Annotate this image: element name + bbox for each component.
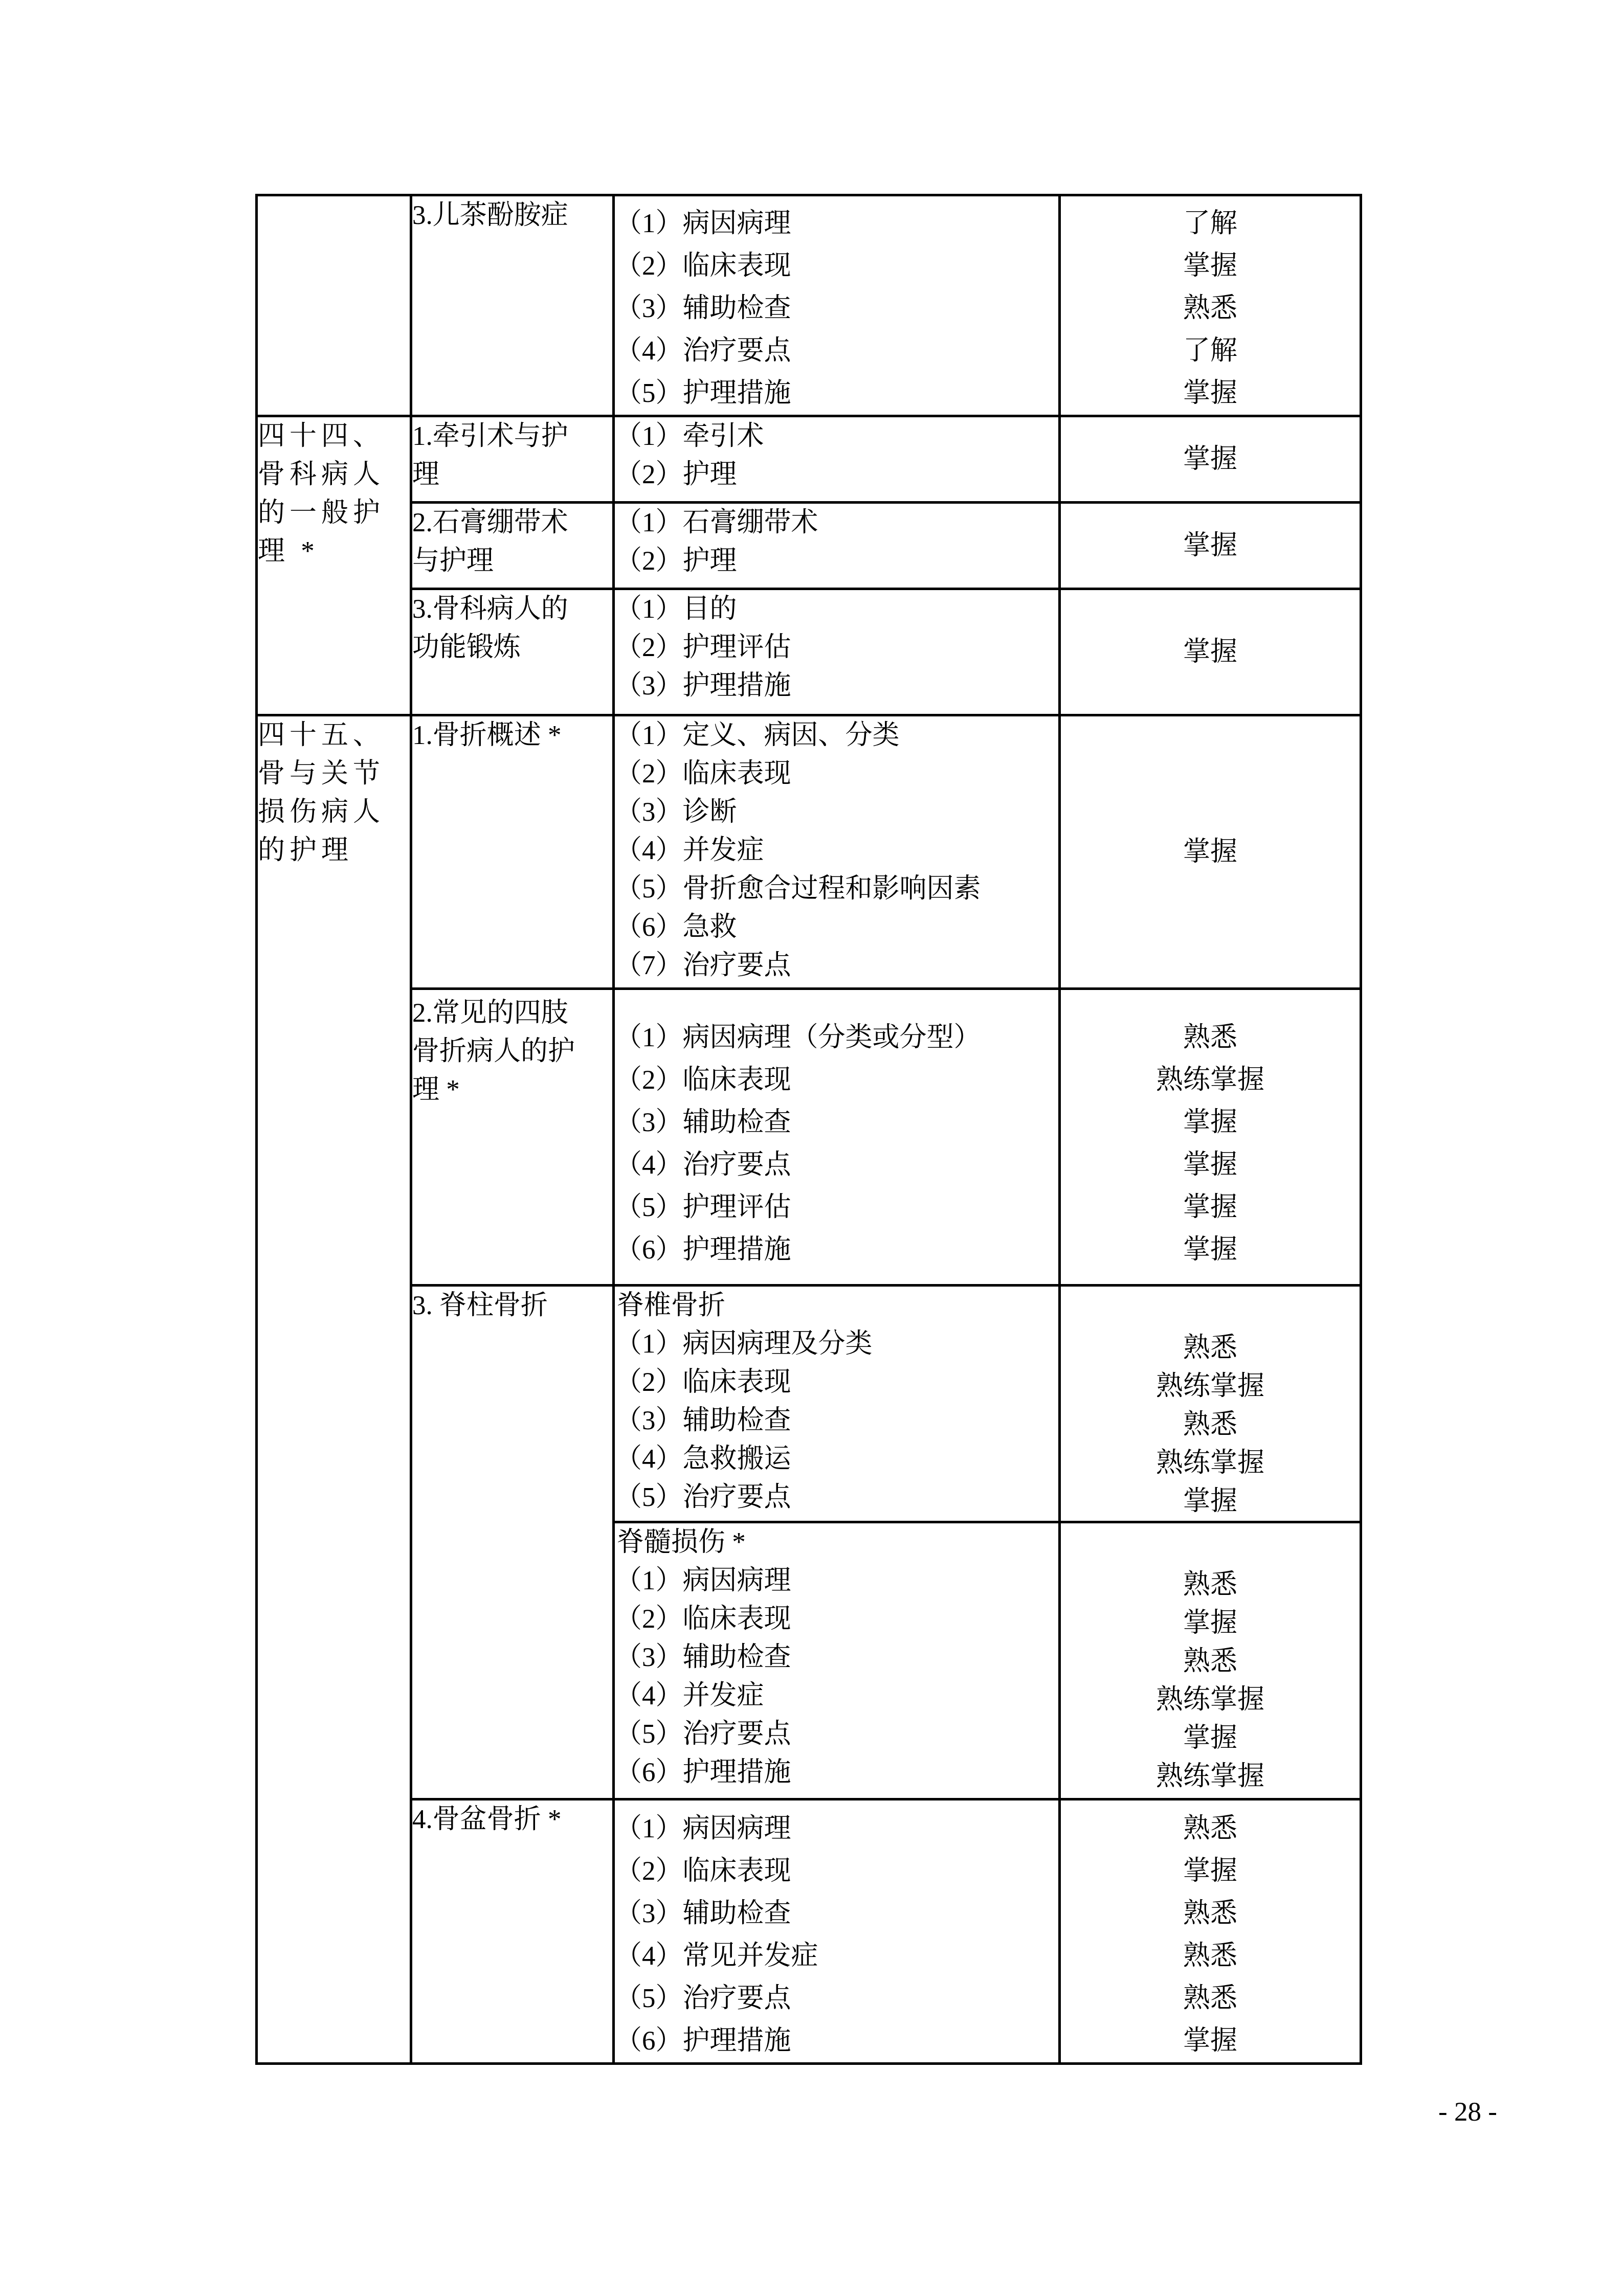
requirement-cell: 了解 掌握 熟悉 了解 掌握 [1060, 195, 1361, 416]
content-item: （6）护理措施 [615, 2020, 1058, 2062]
content-cell: （1）石膏绷带术 （2）护理 [614, 503, 1060, 589]
topic-cell: 3. 脊柱骨折 [411, 1286, 614, 1799]
table-row: 4.骨盆骨折 * （1）病因病理 （2）临床表现 （3）辅助检查 （4）常见并发… [257, 1799, 1361, 2064]
requirement-level: 熟练掌握 [1061, 1367, 1360, 1406]
requirement-level: 掌握 [1061, 1144, 1360, 1186]
topic-text: 3.骨科病人的 [412, 590, 612, 628]
requirement-level: 熟练掌握 [1061, 1059, 1360, 1101]
requirement-level: 掌握 [1061, 1186, 1360, 1229]
content-item: （3）护理措施 [615, 667, 1058, 705]
table-row: 2.常见的四肢 骨折病人的护 理 * （1）病因病理（分类或分型） （2）临床表… [257, 989, 1361, 1286]
content-item: （1）病因病理（分类或分型） [615, 1017, 1058, 1059]
content-item: （3）诊断 [615, 793, 1058, 831]
table-row: 3.骨科病人的 功能锻炼 （1）目的 （2）护理评估 （3）护理措施 掌握 [257, 589, 1361, 715]
requirement-level: 掌握 [1061, 527, 1360, 565]
topic-cell: 3.儿茶酚胺症 [411, 195, 614, 416]
requirement-level: 熟悉 [1061, 287, 1360, 330]
content-item: （5）护理措施 [615, 372, 1058, 415]
content-item: （1）定义、病因、分类 [615, 716, 1058, 755]
requirement-level: 掌握 [1061, 833, 1360, 871]
topic-cell: 1.牵引术与护 理 [411, 416, 614, 503]
requirement-cell: 熟悉 熟练掌握 掌握 掌握 掌握 掌握 [1060, 989, 1361, 1286]
requirement-level: 掌握 [1061, 1101, 1360, 1144]
table-row: 3.儿茶酚胺症 （1）病因病理 （2）临床表现 （3）辅助检查 （4）治疗要点 … [257, 195, 1361, 416]
content-item: （1）牵引术 [615, 417, 1058, 456]
content-item: （6）急救 [615, 908, 1058, 947]
content-item: （2）临床表现 [615, 1600, 1058, 1638]
content-item: （2）护理 [615, 456, 1058, 494]
content-item: （2）临床表现 [615, 1059, 1058, 1101]
requirement-level: 熟悉 [1061, 1017, 1360, 1059]
topic-text: 骨折病人的护 [412, 1032, 612, 1071]
topic-text: 2.常见的四肢 [412, 994, 612, 1032]
content-item: （4）治疗要点 [615, 1144, 1058, 1186]
content-item: （4）常见并发症 [615, 1935, 1058, 1977]
table-row: 3. 脊柱骨折 脊椎骨折 （1）病因病理及分类 （2）临床表现 （3）辅助检查 … [257, 1286, 1361, 1522]
requirement-level: 熟悉 [1061, 1406, 1360, 1444]
requirement-cell: 掌握 [1060, 503, 1361, 589]
content-cell: （1）病因病理（分类或分型） （2）临床表现 （3）辅助检查 （4）治疗要点 （… [614, 989, 1060, 1286]
requirement-level: 熟练掌握 [1061, 1444, 1360, 1482]
content-item: （3）辅助检查 [615, 1893, 1058, 1935]
topic-text: 1.骨折概述 * [412, 716, 612, 755]
syllabus-table: 3.儿茶酚胺症 （1）病因病理 （2）临床表现 （3）辅助检查 （4）治疗要点 … [255, 194, 1362, 2065]
content-item: （1）病因病理 [615, 202, 1058, 245]
topic-cell: 3.骨科病人的 功能锻炼 [411, 589, 614, 715]
content-item: （4）治疗要点 [615, 330, 1058, 372]
content-item: （3）辅助检查 [615, 1402, 1058, 1440]
unit-title-line: 理 * [258, 532, 410, 571]
content-item: （5）治疗要点 [615, 1478, 1058, 1517]
requirement-level: 掌握 [1061, 372, 1360, 415]
requirement-cell: 熟悉 熟练掌握 熟悉 熟练掌握 掌握 [1060, 1286, 1361, 1522]
topic-text: 3.儿茶酚胺症 [412, 196, 612, 235]
requirement-level: 了解 [1061, 202, 1360, 245]
content-item: （4）急救搬运 [615, 1440, 1058, 1478]
requirement-level: 熟悉 [1061, 1329, 1360, 1367]
subsection-heading: 脊髓损伤 * [615, 1523, 1058, 1562]
unit-title-line: 四十五、 [258, 716, 410, 755]
page-number: - 28 - [1438, 2097, 1497, 2127]
table-row: 2.石膏绷带术 与护理 （1）石膏绷带术 （2）护理 掌握 [257, 503, 1361, 589]
topic-text: 理 [412, 456, 612, 494]
content-item: （3）辅助检查 [615, 1638, 1058, 1677]
topic-text: 2.石膏绷带术 [412, 504, 612, 542]
unit-cell-empty [257, 195, 411, 416]
requirement-level: 了解 [1061, 330, 1360, 372]
content-item: （1）病因病理及分类 [615, 1325, 1058, 1363]
requirement-level: 熟悉 [1061, 1893, 1360, 1935]
requirement-cell: 熟悉 掌握 熟悉 熟悉 熟悉 掌握 [1060, 1799, 1361, 2064]
content-cell: 脊椎骨折 （1）病因病理及分类 （2）临床表现 （3）辅助检查 （4）急救搬运 … [614, 1286, 1060, 1522]
requirement-level: 熟悉 [1061, 1977, 1360, 2020]
requirement-level: 熟悉 [1061, 1808, 1360, 1850]
requirement-level: 熟练掌握 [1061, 1681, 1360, 1719]
content-item: （3）辅助检查 [615, 1101, 1058, 1144]
content-item: （2）护理 [615, 542, 1058, 580]
topic-text: 4.骨盆骨折 * [412, 1800, 612, 1839]
content-cell: （1）病因病理 （2）临床表现 （3）辅助检查 （4）治疗要点 （5）护理措施 [614, 195, 1060, 416]
content-item: （2）临床表现 [615, 1363, 1058, 1402]
content-item: （1）病因病理 [615, 1808, 1058, 1850]
requirement-level: 掌握 [1061, 1229, 1360, 1271]
requirement-level: 熟练掌握 [1061, 1758, 1360, 1796]
content-item: （7）治疗要点 [615, 947, 1058, 985]
requirement-level: 掌握 [1061, 1719, 1360, 1758]
requirement-cell: 掌握 [1060, 715, 1361, 989]
content-item: （2）临床表现 [615, 245, 1058, 287]
unit-cell: 四十四、 骨科病人 的一般护 理 * [257, 416, 411, 715]
content-item: （5）治疗要点 [615, 1977, 1058, 2020]
content-cell: （1）牵引术 （2）护理 [614, 416, 1060, 503]
content-cell: （1）目的 （2）护理评估 （3）护理措施 [614, 589, 1060, 715]
content-item: （2）护理评估 [615, 628, 1058, 667]
topic-text: 理 * [412, 1071, 612, 1109]
content-item: （3）辅助检查 [615, 287, 1058, 330]
content-item: （5）护理评估 [615, 1186, 1058, 1229]
content-item: （4）并发症 [615, 1677, 1058, 1715]
requirement-level: 熟悉 [1061, 1566, 1360, 1604]
requirement-level: 熟悉 [1061, 1935, 1360, 1977]
requirement-cell: 掌握 [1060, 589, 1361, 715]
requirement-level: 掌握 [1061, 1482, 1360, 1521]
content-item: （1）目的 [615, 590, 1058, 628]
topic-text: 功能锻炼 [412, 628, 612, 667]
topic-cell: 2.石膏绷带术 与护理 [411, 503, 614, 589]
topic-cell: 4.骨盆骨折 * [411, 1799, 614, 2064]
unit-title-line: 损伤病人 [258, 793, 410, 831]
topic-text: 3. 脊柱骨折 [412, 1287, 612, 1325]
topic-text: 1.牵引术与护 [412, 417, 612, 456]
requirement-level: 掌握 [1061, 440, 1360, 479]
unit-cell: 四十五、 骨与关节 损伤病人 的护理 [257, 715, 411, 2064]
table-row: 四十四、 骨科病人 的一般护 理 * 1.牵引术与护 理 （1）牵引术 （2）护… [257, 416, 1361, 503]
content-item: （1）病因病理 [615, 1562, 1058, 1600]
content-item: （6）护理措施 [615, 1229, 1058, 1271]
requirement-cell: 熟悉 掌握 熟悉 熟练掌握 掌握 熟练掌握 [1060, 1522, 1361, 1799]
topic-cell: 1.骨折概述 * [411, 715, 614, 989]
topic-cell: 2.常见的四肢 骨折病人的护 理 * [411, 989, 614, 1286]
requirement-level: 掌握 [1061, 2020, 1360, 2062]
content-cell: （1）定义、病因、分类 （2）临床表现 （3）诊断 （4）并发症 （5）骨折愈合… [614, 715, 1060, 989]
table-row: 四十五、 骨与关节 损伤病人 的护理 1.骨折概述 * （1）定义、病因、分类 … [257, 715, 1361, 989]
requirement-level: 熟悉 [1061, 1642, 1360, 1681]
content-item: （2）临床表现 [615, 755, 1058, 793]
content-cell: （1）病因病理 （2）临床表现 （3）辅助检查 （4）常见并发症 （5）治疗要点… [614, 1799, 1060, 2064]
content-item: （5）骨折愈合过程和影响因素 [615, 870, 1058, 908]
content-item: （2）临床表现 [615, 1850, 1058, 1893]
requirement-level: 掌握 [1061, 633, 1360, 671]
content-item: （6）护理措施 [615, 1753, 1058, 1792]
unit-title-line: 的一般护 [258, 494, 410, 532]
document-page: 3.儿茶酚胺症 （1）病因病理 （2）临床表现 （3）辅助检查 （4）治疗要点 … [0, 0, 1624, 2296]
requirement-level: 掌握 [1061, 1850, 1360, 1893]
topic-text: 与护理 [412, 542, 612, 580]
content-item: （5）治疗要点 [615, 1715, 1058, 1753]
unit-title-line: 四十四、 [258, 417, 410, 456]
content-item: （1）石膏绷带术 [615, 504, 1058, 542]
content-item: （4）并发症 [615, 831, 1058, 870]
unit-title-line: 的护理 [258, 831, 410, 870]
unit-title-line: 骨与关节 [258, 755, 410, 793]
subsection-heading: 脊椎骨折 [615, 1287, 1058, 1325]
content-cell: 脊髓损伤 * （1）病因病理 （2）临床表现 （3）辅助检查 （4）并发症 （5… [614, 1522, 1060, 1799]
unit-title-line: 骨科病人 [258, 456, 410, 494]
requirement-cell: 掌握 [1060, 416, 1361, 503]
requirement-level: 掌握 [1061, 245, 1360, 287]
requirement-level: 掌握 [1061, 1604, 1360, 1642]
